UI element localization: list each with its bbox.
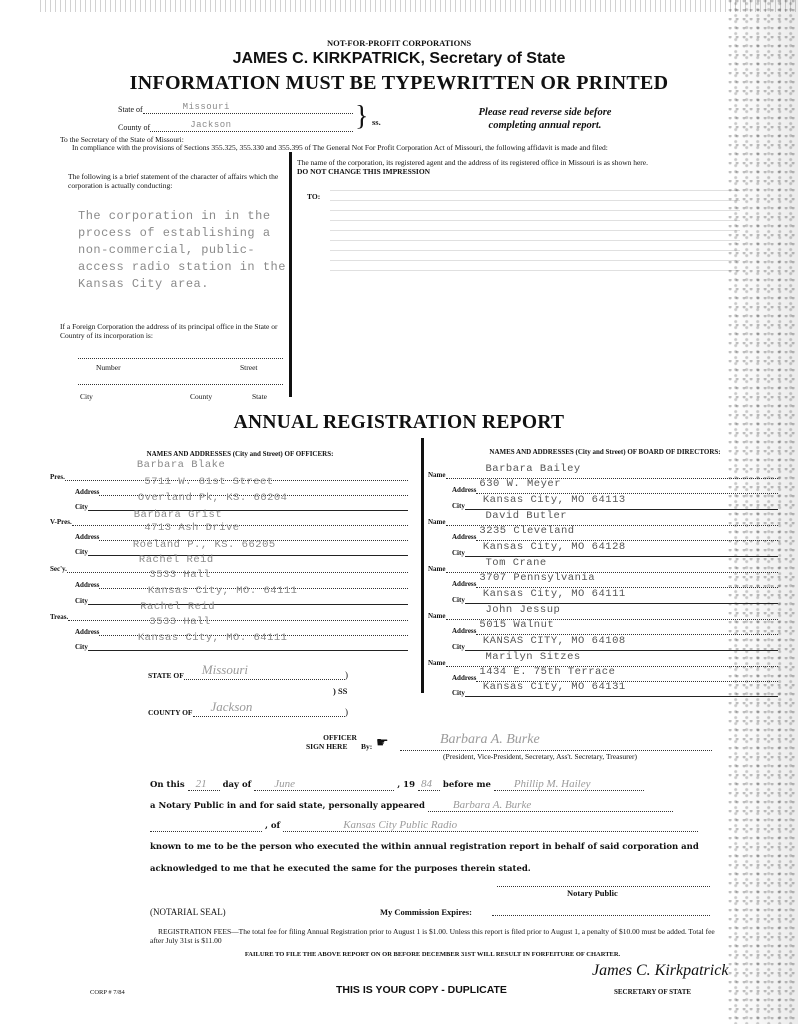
before-me-label: before me xyxy=(443,780,491,790)
director-city: Kansas City, MO 64111 xyxy=(483,588,626,600)
address-label: Address xyxy=(75,628,99,636)
scan-noise-right xyxy=(728,0,798,1024)
role-label: Sec'y. xyxy=(50,565,67,573)
report-title: ANNUAL REGISTRATION REPORT xyxy=(0,412,798,434)
name-label: Name xyxy=(428,612,446,620)
day-value: 21 xyxy=(196,778,207,790)
notary-ss: ) SS xyxy=(333,686,347,696)
secretary-name: JAMES C. KIRKPATRICK, Secretary of State xyxy=(0,50,798,68)
on-this-label: On this xyxy=(150,780,185,790)
officer-city-field[interactable]: Kansas City, MO. 64111 xyxy=(88,638,408,651)
notary-name-field[interactable]: Phillip M. Hailey xyxy=(494,780,644,791)
notary-state-line[interactable]: Missouri xyxy=(184,667,345,680)
county-of-field: County of Jackson xyxy=(118,119,353,132)
forfeiture-warning: FAILURE TO FILE THE ABOVE REPORT ON OR B… xyxy=(150,950,715,959)
officer-signature: Barbara A. Burke xyxy=(440,732,540,748)
director-name: David Butler xyxy=(486,510,568,522)
notary-public-label: Notary Public xyxy=(567,888,618,898)
notary-state-field: STATE OF Missouri ) xyxy=(148,667,348,680)
to-label: TO: xyxy=(307,192,320,201)
personally-appeared-line: a Notary Public in and for said state, p… xyxy=(150,801,710,812)
director-city: Kansas City, MO 64131 xyxy=(483,681,626,693)
character-line: process of establishing a xyxy=(78,225,286,242)
do-not-change-warning: DO NOT CHANGE THIS IMPRESSION xyxy=(297,167,430,176)
acknowledged-text: acknowledged to me that he executed the … xyxy=(150,864,531,874)
notarial-seal-label: (NOTARIAL SEAL) xyxy=(150,907,226,917)
director-city: Kansas City, MO 64128 xyxy=(483,541,626,553)
form-category: NOT-FOR-PROFIT CORPORATIONS xyxy=(0,38,798,48)
secretary-signature: James C. Kirkpatrick xyxy=(592,962,728,980)
director-name: Marilyn Sitzes xyxy=(486,651,581,663)
officer-name-field[interactable]: Barbara Grist xyxy=(72,513,408,526)
director-address-field[interactable]: 630 W. Meyer xyxy=(476,481,778,494)
character-statement[interactable]: The corporation in in the process of est… xyxy=(78,208,286,293)
role-label: Pres. xyxy=(50,473,65,481)
director-address: 3235 Cleveland xyxy=(479,525,574,537)
faded-address-impression xyxy=(330,190,740,280)
foreign-city-label: City xyxy=(80,392,93,401)
reverse-side-note-1: Please read reverse side before xyxy=(430,107,660,118)
officer-city: Roeland P., KS. 66205 xyxy=(133,539,276,551)
character-line: Kansas City area. xyxy=(78,276,286,293)
commission-expires-label: My Commission Expires: xyxy=(380,907,472,917)
role-label: V-Pres. xyxy=(50,518,72,526)
state-of-field: State of Missouri xyxy=(118,101,353,114)
secretary-of-state-title: SECRETARY OF STATE xyxy=(614,988,691,997)
venue-ss: ss. xyxy=(372,117,381,127)
director-address-field[interactable]: 5015 Walnut xyxy=(476,622,778,635)
county-of-label: County of xyxy=(118,123,150,132)
director-city: Kansas City, MO 64113 xyxy=(483,494,626,506)
corp-number: CORP # 7/84 xyxy=(90,988,125,997)
role-label: Treas. xyxy=(50,613,68,621)
character-line: non-commercial, public- xyxy=(78,242,286,259)
officer-name: Rachel Reid xyxy=(140,601,215,613)
foreign-city-county-state-line[interactable] xyxy=(78,376,283,385)
sign-here-label: SIGN HERE xyxy=(306,742,347,751)
scan-noise-top xyxy=(40,0,798,12)
appeared-label: a Notary Public in and for said state, p… xyxy=(150,801,425,811)
address-label: Address xyxy=(452,580,476,588)
foreign-corp-label: If a Foreign Corporation the address of … xyxy=(60,322,285,340)
top-divider xyxy=(289,152,292,397)
officers-directors-divider xyxy=(421,438,424,693)
name-label: Name xyxy=(428,518,446,526)
of-value: Kansas City Public Radio xyxy=(343,819,457,831)
month-value: June xyxy=(274,778,295,790)
director-city-field[interactable]: Kansas City, MO 64128 xyxy=(465,544,778,557)
day-field[interactable]: 21 xyxy=(188,780,220,791)
director-city-field[interactable]: Kansas City, MO 64131 xyxy=(465,684,778,697)
address-label: Address xyxy=(452,674,476,682)
city-label: City xyxy=(452,502,465,510)
appeared-field[interactable]: Barbara A. Burke xyxy=(428,801,673,812)
registered-office-label: The name of the corporation, its registe… xyxy=(297,158,767,167)
director-name: John Jessup xyxy=(486,604,561,616)
state-of-label: STATE OF xyxy=(148,671,184,680)
address-label: Address xyxy=(75,581,99,589)
address-label: Address xyxy=(452,486,476,494)
director-address: 3707 Pennsylvania xyxy=(479,572,595,584)
city-label: City xyxy=(75,597,88,605)
officer-titles: (President, Vice-President, Secretary, A… xyxy=(420,752,660,761)
officer-name-field[interactable]: Rachel Reid xyxy=(68,608,408,621)
director-address: 630 W. Meyer xyxy=(479,478,561,490)
officer-address: 4713 Ash Drive xyxy=(144,522,239,534)
name-label: Name xyxy=(428,659,446,667)
officer-address: 5711 W. 81st Street xyxy=(144,476,273,488)
appeared-title-field[interactable] xyxy=(150,821,262,832)
name-label: Name xyxy=(428,471,446,479)
officer-name: Rachel Reid xyxy=(139,554,214,566)
of-label: , of xyxy=(265,821,280,831)
by-label: By: xyxy=(361,742,372,751)
officer-name: Barbara Grist xyxy=(134,509,222,521)
state-of-label: State of xyxy=(118,105,143,114)
notary-county-line[interactable]: Jackson xyxy=(193,704,345,717)
officer-city: Kansas City, MO. 64111 xyxy=(148,585,298,597)
notary-signature-field[interactable] xyxy=(497,878,710,887)
instruction-title: INFORMATION MUST BE TYPEWRITTEN OR PRINT… xyxy=(0,72,798,95)
character-line: The corporation in in the xyxy=(78,208,286,225)
foreign-number-street-line[interactable] xyxy=(78,348,283,359)
acknowledgement-date-line: On this 21 day of June , 19 84 before me… xyxy=(150,780,710,791)
pointing-hand-icon: ☛ xyxy=(376,737,389,751)
county-of-label: COUNTY OF xyxy=(148,708,193,717)
director-city-field[interactable]: Kansas City, MO 64113 xyxy=(465,497,778,510)
director-city-field[interactable]: KANSAS CITY, MO 64108 xyxy=(465,638,778,651)
director-address-field[interactable]: 3235 Cleveland xyxy=(476,528,778,541)
officer-name-field[interactable]: Rachel Reid xyxy=(67,560,408,573)
character-label: The following is a brief statement of th… xyxy=(68,172,283,190)
director-address: 5015 Walnut xyxy=(479,619,554,631)
state-of-value: Missouri xyxy=(183,102,230,112)
director-name: Barbara Bailey xyxy=(486,463,581,475)
director-address: 1434 E. 75th Terrace xyxy=(479,666,615,678)
year-prefix: , 19 xyxy=(397,780,415,790)
notary-county-field: COUNTY OF Jackson ) xyxy=(148,704,348,717)
city-label: City xyxy=(75,548,88,556)
county-of-value: Jackson xyxy=(190,120,231,130)
officer-city: Overland Pk, KS. 66204 xyxy=(138,492,288,504)
copy-notice: THIS IS YOUR COPY - DUPLICATE xyxy=(336,984,507,996)
character-line: access radio station in the xyxy=(78,259,286,276)
address-label: Address xyxy=(452,627,476,635)
officer-city-field[interactable]: Roeland P., KS. 66205 xyxy=(88,543,408,556)
of-field[interactable]: Kansas City Public Radio xyxy=(283,821,698,832)
registration-fees-text: REGISTRATION FEES—The total fee for fili… xyxy=(150,927,715,945)
city-label: City xyxy=(452,596,465,604)
director-city: KANSAS CITY, MO 64108 xyxy=(483,635,626,647)
city-label: City xyxy=(452,549,465,557)
year-field[interactable]: 84 xyxy=(418,780,440,791)
of-line: , of Kansas City Public Radio xyxy=(150,821,710,832)
officer-city-field[interactable]: Kansas City, MO. 64111 xyxy=(88,592,408,605)
appeared-value: Barbara A. Burke xyxy=(453,799,531,811)
officer-name: Barbara Blake xyxy=(137,459,225,471)
year-value: 84 xyxy=(421,778,432,790)
officer-signature-field[interactable]: Barbara A. Burke xyxy=(400,736,712,751)
name-label: Name xyxy=(428,565,446,573)
registration-form-page: NOT-FOR-PROFIT CORPORATIONS JAMES C. KIR… xyxy=(0,0,798,1024)
notary-county-value: Jackson xyxy=(211,699,253,715)
preamble-compliance: In compliance with the provisions of Sec… xyxy=(72,143,772,152)
officer-label: OFFICER xyxy=(300,733,380,742)
commission-expires-field[interactable] xyxy=(492,906,710,916)
notary-state-value: Missouri xyxy=(202,662,248,678)
foreign-county-label: County xyxy=(190,392,212,401)
state-of-line[interactable]: Missouri xyxy=(143,101,353,114)
known-text: known to me to be the person who execute… xyxy=(150,842,720,852)
officer-city: Kansas City, MO. 64111 xyxy=(138,632,288,644)
city-label: City xyxy=(75,503,88,511)
month-field[interactable]: June xyxy=(254,780,394,791)
venue-brace: } xyxy=(355,103,368,131)
address-label: Address xyxy=(75,533,99,541)
city-label: City xyxy=(452,689,465,697)
officers-heading: NAMES AND ADDRESSES (City and Street) OF… xyxy=(60,450,420,459)
city-label: City xyxy=(75,643,88,651)
directors-heading: NAMES AND ADDRESSES (City and Street) OF… xyxy=(430,448,780,457)
director-city-field[interactable]: Kansas City, MO 64111 xyxy=(465,591,778,604)
city-label: City xyxy=(452,643,465,651)
address-label: Address xyxy=(75,488,99,496)
county-of-line[interactable]: Jackson xyxy=(150,119,353,132)
officer-address: 3533 Hall xyxy=(149,569,210,581)
director-address-field[interactable]: 3707 Pennsylvania xyxy=(476,575,778,588)
foreign-number-label: Number xyxy=(96,363,121,372)
director-name: Tom Crane xyxy=(486,557,547,569)
officer-address: 3533 Hall xyxy=(149,616,210,628)
reverse-side-note-2: completing annual report. xyxy=(430,120,660,131)
day-of-label: day of xyxy=(223,780,252,790)
foreign-state-label: State xyxy=(252,392,267,401)
address-label: Address xyxy=(452,533,476,541)
notary-name-value: Phillip M. Hailey xyxy=(514,778,591,790)
foreign-street-label: Street xyxy=(240,363,258,372)
